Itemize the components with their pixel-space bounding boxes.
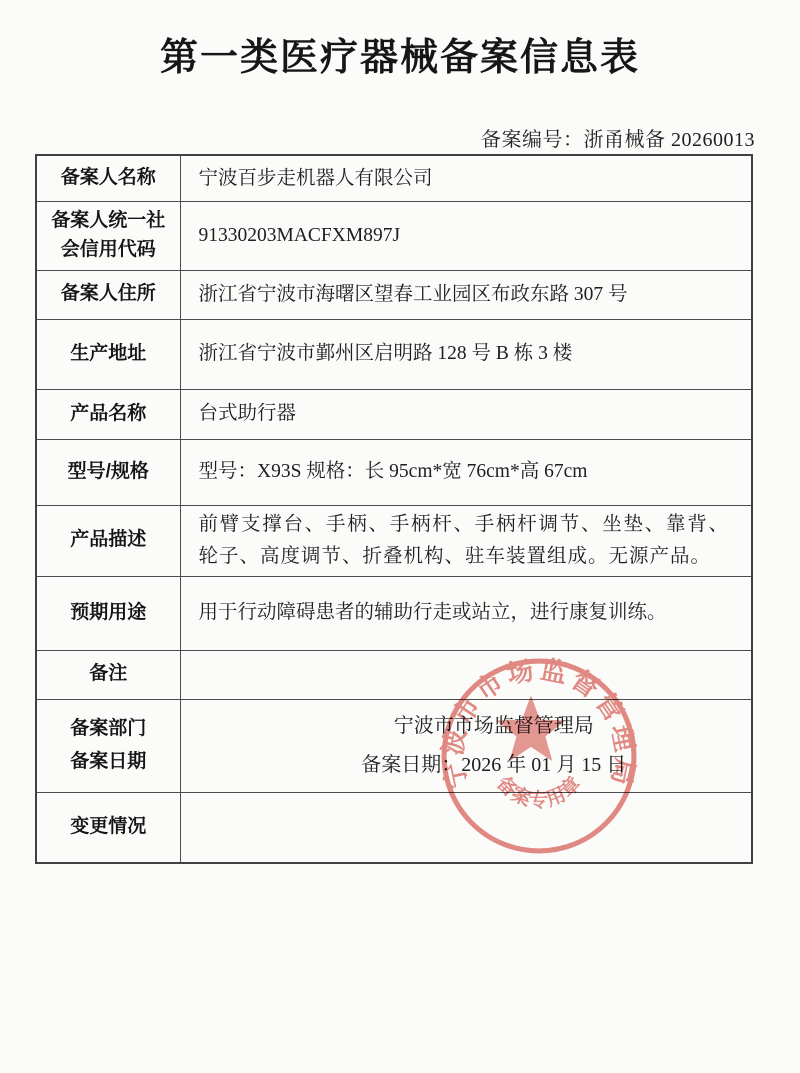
document-page: 第一类医疗器械备案信息表 备案编号：浙甬械备 20260013 备案人名称 宁波… bbox=[0, 0, 800, 1073]
table-row: 产品名称 台式助行器 bbox=[36, 389, 752, 439]
table-row: 变更情况 bbox=[36, 792, 752, 863]
row-value bbox=[180, 650, 752, 699]
row-value bbox=[180, 792, 752, 863]
table-row: 备案人名称 宁波百步走机器人有限公司 bbox=[36, 155, 752, 201]
row-value: 台式助行器 bbox=[180, 389, 752, 439]
row-label: 预期用途 bbox=[36, 576, 180, 650]
table-row: 生产地址 浙江省宁波市鄞州区启明路 128 号 B 栋 3 楼 bbox=[36, 319, 752, 389]
table-row: 备案人住所 浙江省宁波市海曙区望春工业园区布政东路 307 号 bbox=[36, 270, 752, 319]
row-label: 变更情况 bbox=[36, 792, 180, 863]
table-row: 型号/规格 型号：X93S 规格：长 95cm*宽 76cm*高 67cm bbox=[36, 439, 752, 505]
table-row: 备注 bbox=[36, 650, 752, 699]
row-label: 备案人统一社会信用代码 bbox=[36, 201, 180, 270]
row-value: 宁波百步走机器人有限公司 bbox=[180, 155, 752, 201]
table-row: 产品描述 前臂支撑台、手柄、手柄杆、手柄杆调节、坐垫、靠背、轮子、高度调节、折叠… bbox=[36, 505, 752, 576]
row-value: 91330203MACFXM897J bbox=[180, 201, 752, 270]
page-title: 第一类医疗器械备案信息表 bbox=[0, 26, 800, 81]
filing-info-table: 备案人名称 宁波百步走机器人有限公司 备案人统一社会信用代码 91330203M… bbox=[35, 154, 753, 864]
row-value: 浙江省宁波市鄞州区启明路 128 号 B 栋 3 楼 bbox=[180, 319, 752, 389]
filing-number: 备案编号：浙甬械备 20260013 bbox=[481, 123, 755, 152]
table-row: 备案部门 备案日期 宁波市市场监督管理局 备案日期：2026 年 01 月 15… bbox=[36, 699, 752, 792]
filing-number-value: 浙甬械备 20260013 bbox=[584, 129, 756, 151]
row-value: 用于行动障碍患者的辅助行走或站立，进行康复训练。 bbox=[180, 576, 752, 650]
table-row: 预期用途 用于行动障碍患者的辅助行走或站立，进行康复训练。 bbox=[36, 576, 752, 650]
row-value: 浙江省宁波市海曙区望春工业园区布政东路 307 号 bbox=[180, 270, 752, 319]
row-value: 型号：X93S 规格：长 95cm*宽 76cm*高 67cm bbox=[180, 439, 752, 505]
row-label: 备案部门 备案日期 bbox=[36, 699, 180, 792]
table-row: 备案人统一社会信用代码 91330203MACFXM897J bbox=[36, 201, 752, 270]
row-value: 宁波市市场监督管理局 备案日期：2026 年 01 月 15 日 bbox=[180, 699, 752, 792]
row-label: 备案人名称 bbox=[36, 155, 180, 201]
row-label: 型号/规格 bbox=[36, 439, 180, 505]
row-label: 生产地址 bbox=[36, 319, 180, 389]
row-value: 前臂支撑台、手柄、手柄杆、手柄杆调节、坐垫、靠背、轮子、高度调节、折叠机构、驻车… bbox=[180, 505, 752, 576]
row-label: 备注 bbox=[36, 650, 180, 699]
row-label: 产品名称 bbox=[36, 389, 180, 439]
row-label: 产品描述 bbox=[36, 505, 180, 576]
row-label: 备案人住所 bbox=[36, 270, 180, 319]
filing-info-table-body: 备案人名称 宁波百步走机器人有限公司 备案人统一社会信用代码 91330203M… bbox=[36, 155, 752, 863]
filing-number-label: 备案编号： bbox=[481, 129, 584, 151]
